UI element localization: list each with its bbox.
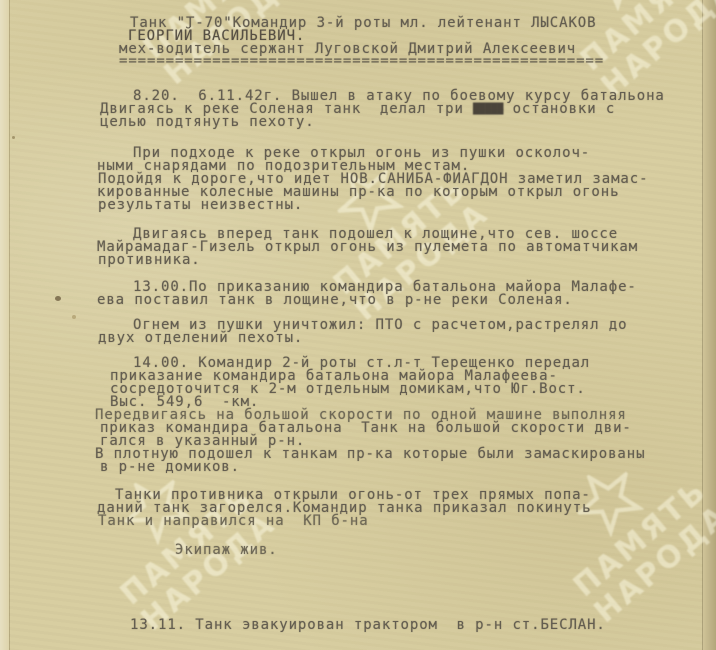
typewritten-line: ева поставил танк в лощине,что в р-не ре… [97, 294, 573, 307]
typewritten-line: целью подтянуть пехоту. [100, 116, 315, 129]
paper-speck [55, 296, 61, 301]
line-segment: остановки с [503, 101, 615, 117]
typewritten-line: противника. [98, 254, 201, 267]
document-page: ПАМЯТЬ НАРОДА ПАМЯТЬ НАРОДА ПАМЯТЬ НАРОД… [0, 0, 716, 650]
watermark-word: НАРОДА [586, 497, 716, 632]
typewritten-line: Танк и направился на КП б-на [98, 515, 369, 528]
paper-fold-line [9, 0, 10, 650]
paper-left-edge [0, 0, 9, 650]
typewritten-line: Экипаж жив. [175, 544, 278, 557]
watermark-word: НАРОДА [346, 195, 497, 330]
typewritten-line: двух отделений пехоты. [98, 332, 303, 345]
typewritten-divider: ========================================… [119, 55, 604, 68]
typewritten-line: в р-не домиков. [100, 461, 240, 474]
paper-right-edge [703, 0, 716, 650]
star-icon [133, 0, 222, 6]
paper-speck [12, 136, 15, 139]
typewritten-line: результаты неизвестны. [98, 199, 303, 212]
typewritten-line: 13.11. Танк эвакуирован трактором в р-н … [130, 619, 606, 632]
overstruck-word: █████ [473, 103, 503, 116]
paper-speck [72, 315, 76, 319]
